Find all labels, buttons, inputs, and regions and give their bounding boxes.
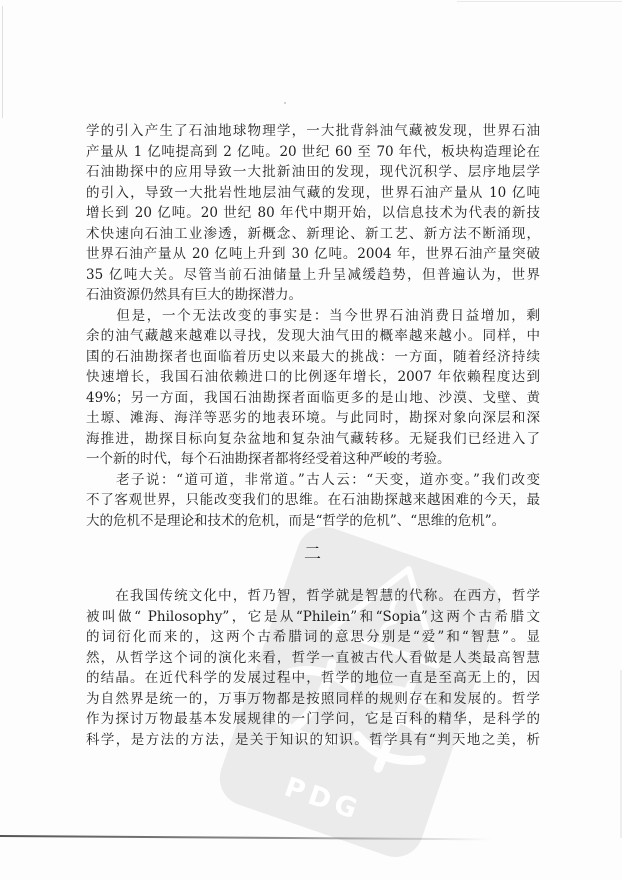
scan-artifact-margin-dot bbox=[92, 350, 95, 353]
text-line: 不了客观世界，只能改变我们的思维。在石油勘探越来越困难的今天，最 bbox=[86, 490, 540, 511]
text-line: 术快速向石油工业渗透，新概念、新理论、新工艺、新方法不断涌现， bbox=[86, 224, 540, 245]
paragraph: 在我国传统文化中，哲乃智，哲学就是智慧的代称。在西方，哲学被叫做“ Philos… bbox=[86, 586, 540, 750]
scan-artifact-speck bbox=[284, 102, 286, 104]
text-line: 增长到 20 亿吨。20 世纪 80 年代中期开始，以信息技术为代表的新技 bbox=[86, 203, 540, 224]
text-line: 的引入，导致一大批岩性地层油气藏的发现，世界石油产量从 10 亿吨 bbox=[86, 183, 540, 204]
section-heading: 二 bbox=[86, 543, 540, 565]
text-line: 产量从 1 亿吨提高到 2 亿吨。20 世纪 60 至 70 年代，板块构造理论… bbox=[86, 142, 540, 163]
paragraph: 老子说：“道可道，非常道。”古人云：“天变，道亦变。”我们改变不了客观世界，只能… bbox=[86, 470, 540, 532]
scan-artifact-left-edge bbox=[2, 6, 3, 118]
text-line: 老子说：“道可道，非常道。”古人云：“天变，道亦变。”我们改变 bbox=[86, 470, 540, 491]
text-line: 世界石油产量从 20 亿吨上升到 30 亿吨。2004 年，世界石油产量突破 bbox=[86, 244, 540, 265]
text-line: 但是，一个无法改变的事实是：当今世界石油消费日益增加，剩 bbox=[86, 306, 540, 327]
text-line: 一个新的时代，每个石油勘探者都将经受着这种严峻的考验。 bbox=[86, 449, 540, 470]
scanned-page: { "colors": { "text": "#1f1f1f", "waterm… bbox=[0, 0, 622, 880]
text-line: 石油资源仍然具有巨大的勘探潜力。 bbox=[86, 285, 540, 306]
text-line: 土塬、滩海、海洋等恶劣的地表环境。与此同时，勘探对象向深层和深 bbox=[86, 408, 540, 429]
paragraph: 学的引入产生了石油地球物理学，一大批背斜油气藏被发现，世界石油产量从 1 亿吨提… bbox=[86, 121, 540, 306]
text-line: 海推进，勘探目标向复杂盆地和复杂油气藏转移。无疑我们已经进入了 bbox=[86, 429, 540, 450]
text-line: 石油勘探中的应用导致一大批新油田的发现，现代沉积学、层序地层学 bbox=[86, 162, 540, 183]
text-line: 快速增长，我国石油依赖进口的比例逐年增长，2007 年依赖程度达到 bbox=[86, 367, 540, 388]
text-line: 在我国传统文化中，哲乃智，哲学就是智慧的代称。在西方，哲学 bbox=[86, 586, 540, 607]
text-line: 然，从哲学这个词的演化来看，哲学一直被古代人看做是人类最高智慧 bbox=[86, 648, 540, 669]
text-line: 被叫做“ Philosophy”，它是从“Philein”和“Sopia”这两个… bbox=[86, 607, 540, 628]
text-line: 国的石油勘探者也面临着历史以来最大的挑战：一方面，随着经济持续 bbox=[86, 347, 540, 368]
text-line: 作为探讨万物最基本发展规律的一门学问，它是百科的精华，是科学的 bbox=[86, 709, 540, 730]
scan-artifact-top-edge bbox=[457, 1, 622, 2]
text-line: 的结晶。在近代科学的发展过程中，哲学的地位一直是至高无上的，因 bbox=[86, 668, 540, 689]
text-line: 35 亿吨大关。尽管当前石油储量上升呈减缓趋势，但普遍认为，世界 bbox=[86, 265, 540, 286]
text-line: 49%；另一方面，我国石油勘探者面临更多的是山地、沙漠、戈壁、黄 bbox=[86, 388, 540, 409]
paragraph: 但是，一个无法改变的事实是：当今世界石油消费日益增加，剩余的油气藏越来越难以寻找… bbox=[86, 306, 540, 470]
text-line: 的词衍化而来的，这两个古希腊词的意思分别是“爱”和“智慧”。显 bbox=[86, 627, 540, 648]
text-line: 大的危机不是理论和技术的危机，而是“哲学的危机”、“思维的危机”。 bbox=[86, 511, 540, 532]
text-line: 科学，是方法的方法，是关于知识的知识。哲学具有“判天地之美，析 bbox=[86, 730, 540, 751]
pdg-watermark-label: PDG bbox=[280, 772, 365, 827]
text-line: 学的引入产生了石油地球物理学，一大批背斜油气藏被发现，世界石油 bbox=[86, 121, 540, 142]
text-line: 为自然界是统一的，万事万物都是按照同样的规则存在和发展的。哲学 bbox=[86, 689, 540, 710]
text-line: 余的油气藏越来越难以寻找，发现大油气田的概率越来越小。同样，中 bbox=[86, 326, 540, 347]
text-body: 学的引入产生了石油地球物理学，一大批背斜油气藏被发现，世界石油产量从 1 亿吨提… bbox=[86, 121, 540, 750]
